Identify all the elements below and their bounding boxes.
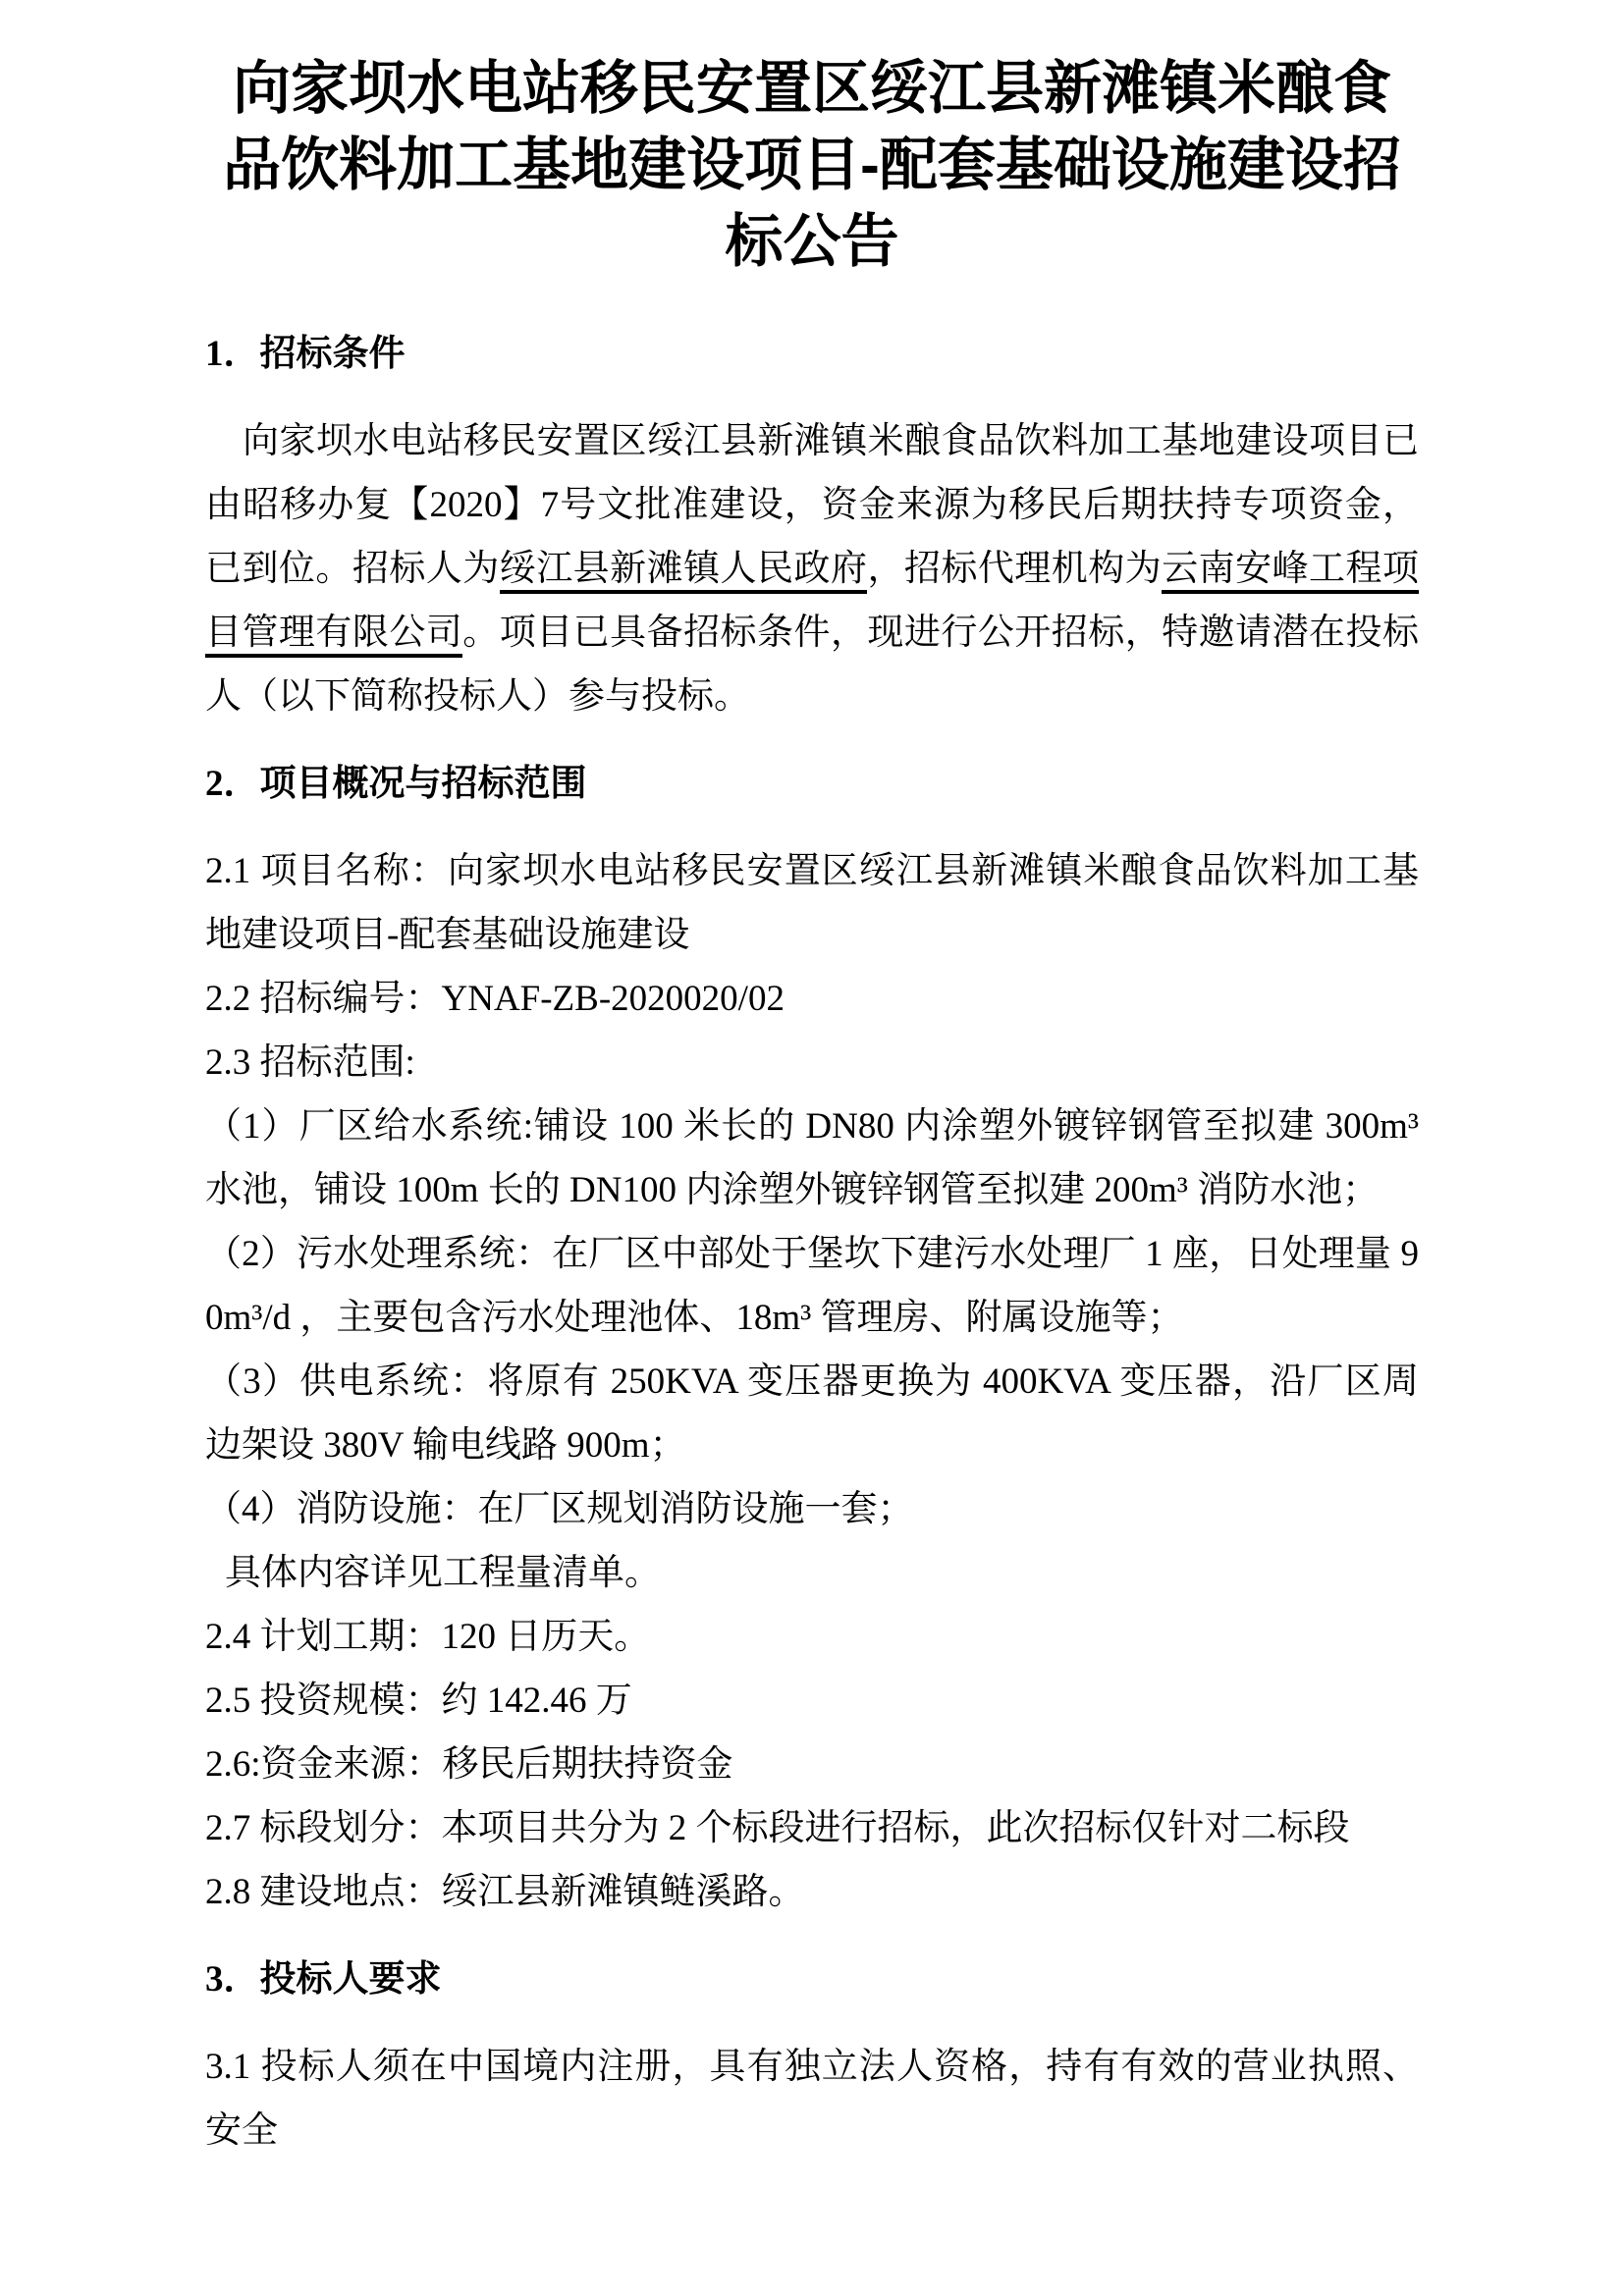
item-planned-duration: 2.4 计划工期：120 日历天。 bbox=[205, 1605, 1419, 1669]
section-3-heading: 3．投标人要求 bbox=[205, 1948, 1419, 2011]
item-bidder-requirement: 3.1 投标人须在中国境内注册，具有独立法人资格，持有有效的营业执照、安全 bbox=[205, 2035, 1419, 2163]
item-project-name: 2.1 项目名称：向家坝水电站移民安置区绥江县新滩镇米酿食品饮料加工基地建设项目… bbox=[205, 839, 1419, 967]
bidder-name-underlined: 绥江县新滩镇人民政府 bbox=[500, 549, 868, 594]
section-1-heading: 1．招标条件 bbox=[205, 322, 1419, 386]
document-title: 向家坝水电站移民安置区绥江县新滩镇米酿食品饮料加工基地建设项目-配套基础设施建设… bbox=[205, 51, 1419, 281]
item-tender-number: 2.2 招标编号：YNAF-ZB-2020020/02 bbox=[205, 967, 1419, 1031]
item-section-division: 2.7 标段划分：本项目共分为 2 个标段进行招标，此次招标仅针对二标段 bbox=[205, 1796, 1419, 1860]
item-tender-scope-label: 2.3 招标范围: bbox=[205, 1031, 1419, 1095]
section-2-heading: 2．项目概况与招标范围 bbox=[205, 752, 1419, 816]
item-scope-sewage-treatment: （2）污水处理系统：在厂区中部处于堡坎下建污水处理厂 1 座，日处理量 90m³… bbox=[205, 1222, 1419, 1350]
section-1-paragraph: 向家坝水电站移民安置区绥江县新滩镇米酿食品饮料加工基地建设项目已由昭移办复【20… bbox=[205, 409, 1419, 728]
item-funding-source: 2.6:资金来源：移民后期扶持资金 bbox=[205, 1733, 1419, 1796]
item-scope-fire-facilities: （4）消防设施：在厂区规划消防设施一套； bbox=[205, 1477, 1419, 1541]
item-scope-power-supply: （3）供电系统：将原有 250KVA 变压器更换为 400KVA 变压器，沿厂区… bbox=[205, 1350, 1419, 1477]
paragraph-text-2: ，招标代理机构为 bbox=[867, 549, 1162, 589]
item-investment-scale: 2.5 投资规模：约 142.46 万 bbox=[205, 1669, 1419, 1733]
item-scope-water-supply: （1）厂区给水系统:铺设 100 米长的 DN80 内涂塑外镀锌钢管至拟建 30… bbox=[205, 1095, 1419, 1222]
document-page: 向家坝水电站移民安置区绥江县新滩镇米酿食品饮料加工基地建设项目-配套基础设施建设… bbox=[0, 0, 1624, 2296]
item-scope-detail-note: 具体内容详见工程量清单。 bbox=[205, 1541, 1419, 1605]
item-construction-site: 2.8 建设地点：绥江县新滩镇鲢溪路。 bbox=[205, 1860, 1419, 1924]
